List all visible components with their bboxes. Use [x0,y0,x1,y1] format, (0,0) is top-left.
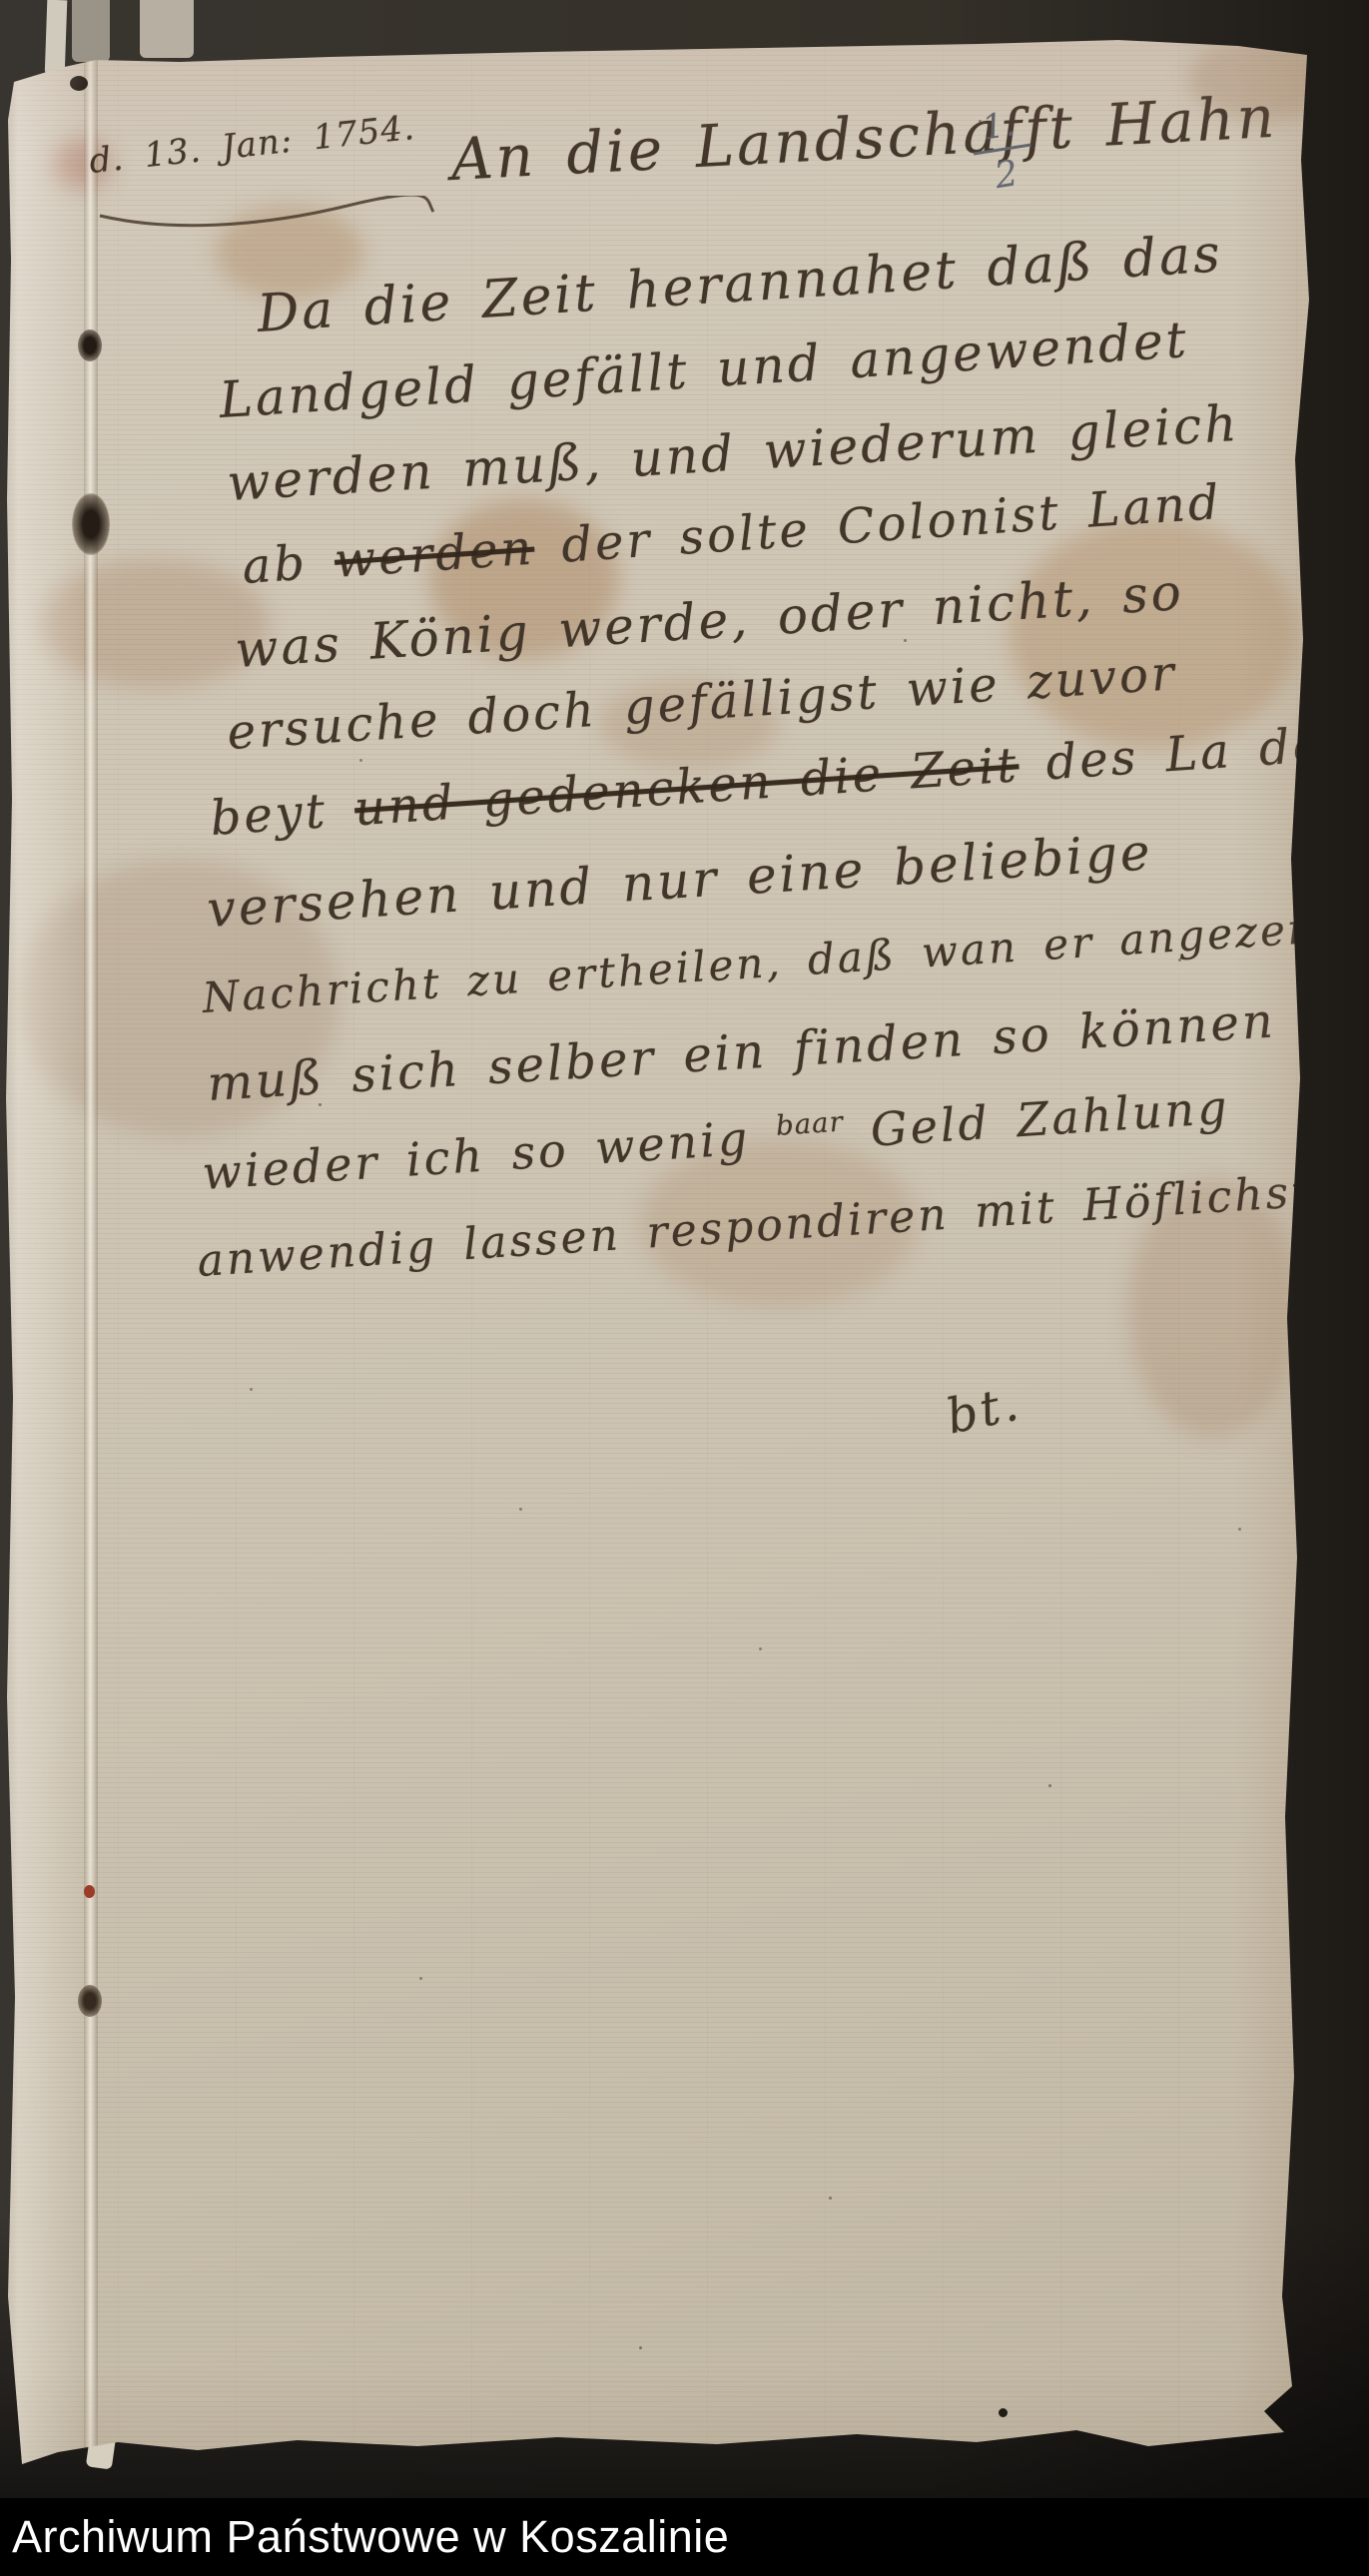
folio-denominator: 2 [974,146,1037,200]
red-thread-mark [84,1885,95,1898]
date-annotation: d. 13. Jan: 1754. [87,108,416,182]
date-annotation-text: d. 13. Jan: 1754. [87,108,416,182]
handwritten-line: versehen und nur eine beliebige [206,823,1154,939]
paper-tab [45,0,68,76]
archive-caption-text: Archiwum Państwowe w Koszalinie [0,2511,729,2563]
stitch-knot [72,493,110,555]
signature-initials: bt. [942,1375,1026,1445]
line-text: beyt [209,781,356,846]
line-text: Geld Zahlung [843,1080,1231,1159]
paper-specks [0,0,3,3]
binding-fold-line [84,0,98,2576]
ink-dot [70,76,88,91]
stitch-hole [78,329,102,361]
signature-text: bt. [942,1375,1026,1445]
document-heading-text: An die Landschafft Hahn [449,83,1279,194]
stain [1009,519,1298,749]
line-text: ab [241,533,337,595]
paper-tab [72,0,110,62]
archive-caption-bar: Archiwum Państwowe w Koszalinie [0,2498,1369,2576]
line-text: versehen und nur eine beliebige [206,823,1154,939]
stitch-knot [78,1985,102,2017]
worm-hole [999,2408,1008,2417]
date-underline-flourish [98,196,437,230]
document-heading: An die Landschafft Hahn [449,83,1279,194]
scanned-page: d. 13. Jan: 1754. An die Landschafft Hah… [0,0,1369,2576]
inserted-text: baar [775,1105,845,1142]
paper-tab [140,0,194,58]
manuscript-page: d. 13. Jan: 1754. An die Landschafft Hah… [0,0,1369,2576]
worm-hole [1068,2432,1076,2440]
